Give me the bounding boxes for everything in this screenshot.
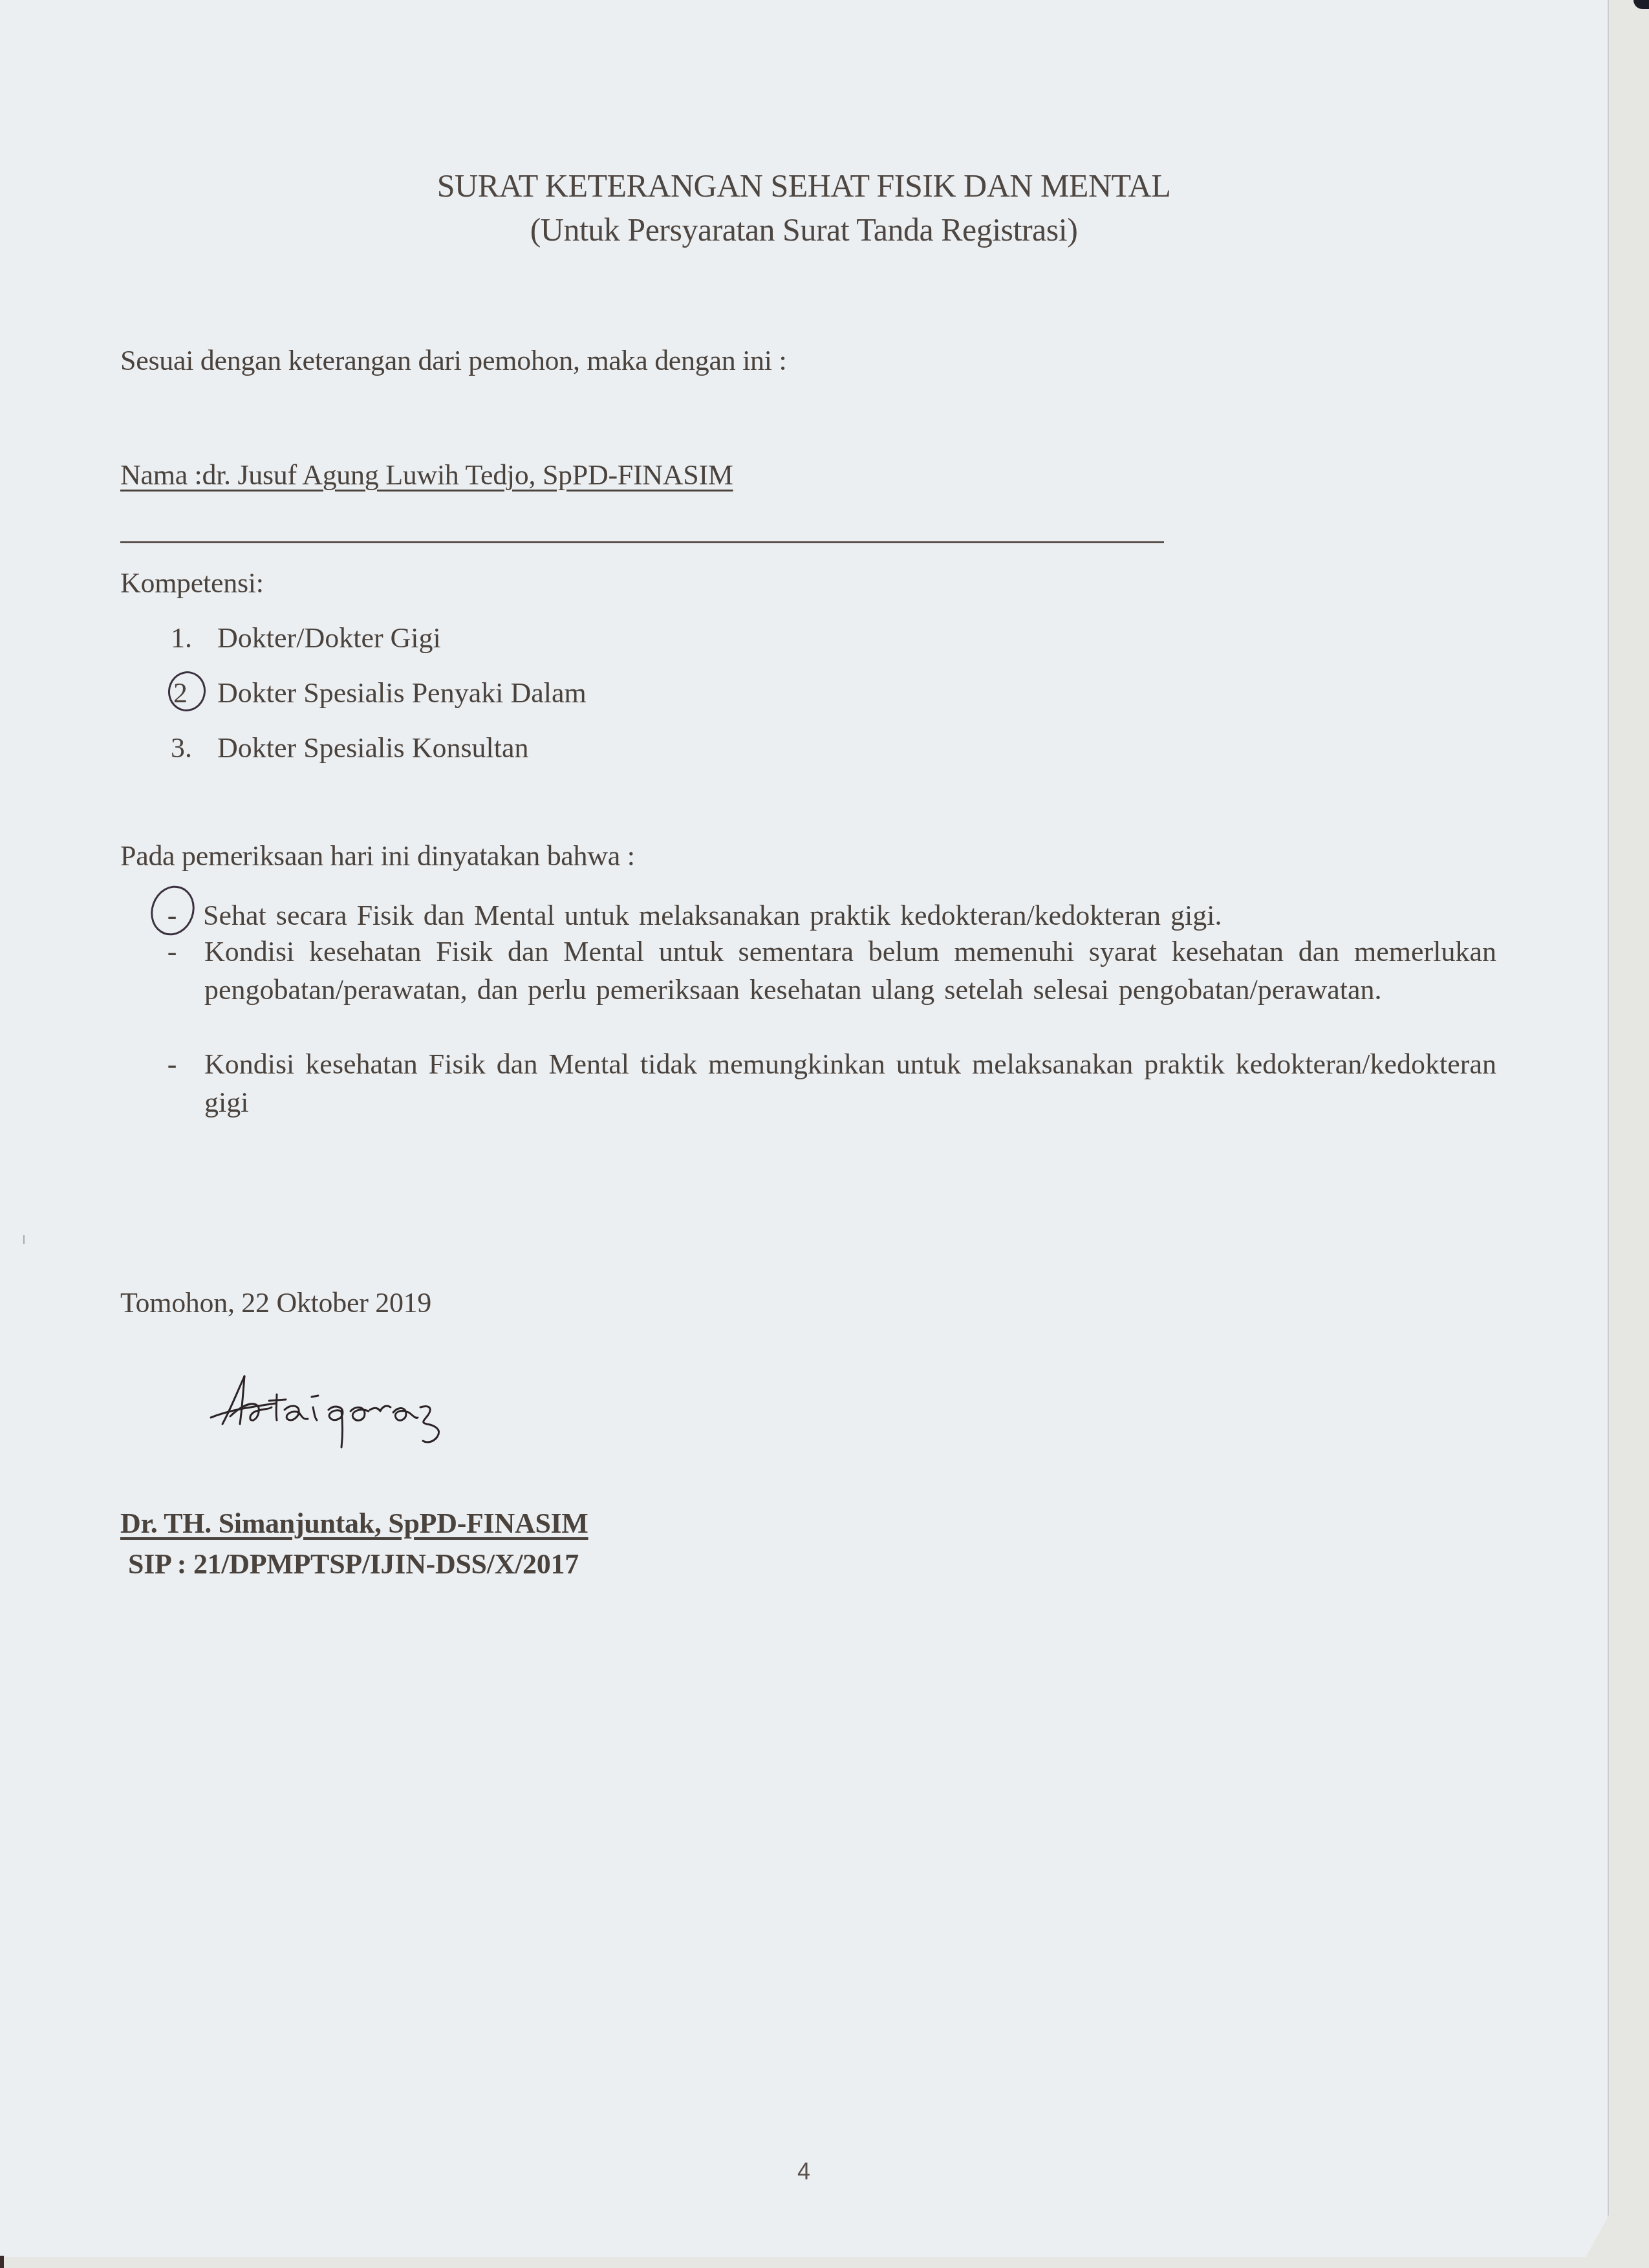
competence-number: 2 [173,679,188,707]
document-title: SURAT KETERANGAN SEHAT FISIK DAN MENTAL [0,169,1608,202]
page-number: 4 [0,2158,1608,2185]
competence-label: Dokter/Dokter Gigi [217,624,441,653]
statement-text: Kondisi kesehatan Fisik dan Mental untuk… [204,933,1496,1009]
statement-bullet: - [166,1046,178,1084]
scan-dust-mark [23,1235,25,1244]
blank-underline [120,541,1164,543]
signer-name: Dr. TH. Simanjuntak, SpPD-FINASIM [120,1507,588,1540]
scanned-paper: SURAT KETERANGAN SEHAT FISIK DAN MENTAL … [0,0,1609,2257]
intro-text: Sesuai dengan keterangan dari pemohon, m… [120,347,786,375]
hand-drawn-circle-icon [144,880,202,942]
scan-edge-mark [0,2256,4,2268]
competence-heading: Kompetensi: [120,569,264,598]
competence-number: 1. [171,624,192,653]
document-subtitle: (Untuk Persyaratan Surat Tanda Registras… [0,213,1608,246]
hand-drawn-circle-icon [164,668,210,715]
competence-number: 3. [171,734,192,762]
signature-icon [204,1365,541,1455]
place-date: Tomohon, 22 Oktober 2019 [120,1289,431,1317]
statement-bullet: - [166,933,178,971]
competence-label: Dokter Spesialis Konsultan [217,734,529,762]
exam-heading: Pada pemeriksaan hari ini dinyatakan bah… [120,842,635,870]
statement-text: Sehat secara Fisik dan Mental untuk mela… [203,897,1496,935]
signer-sip-number: SIP : 21/DPMPTSP/IJIN-DSS/X/2017 [128,1548,579,1581]
statement-text: Kondisi kesehatan Fisik dan Mental tidak… [204,1046,1496,1121]
scan-corner-shadow [1633,0,1649,9]
applicant-name: Nama :dr. Jusuf Agung Luwih Tedjo, SpPD-… [120,461,733,490]
competence-label: Dokter Spesialis Penyaki Dalam [217,679,587,707]
